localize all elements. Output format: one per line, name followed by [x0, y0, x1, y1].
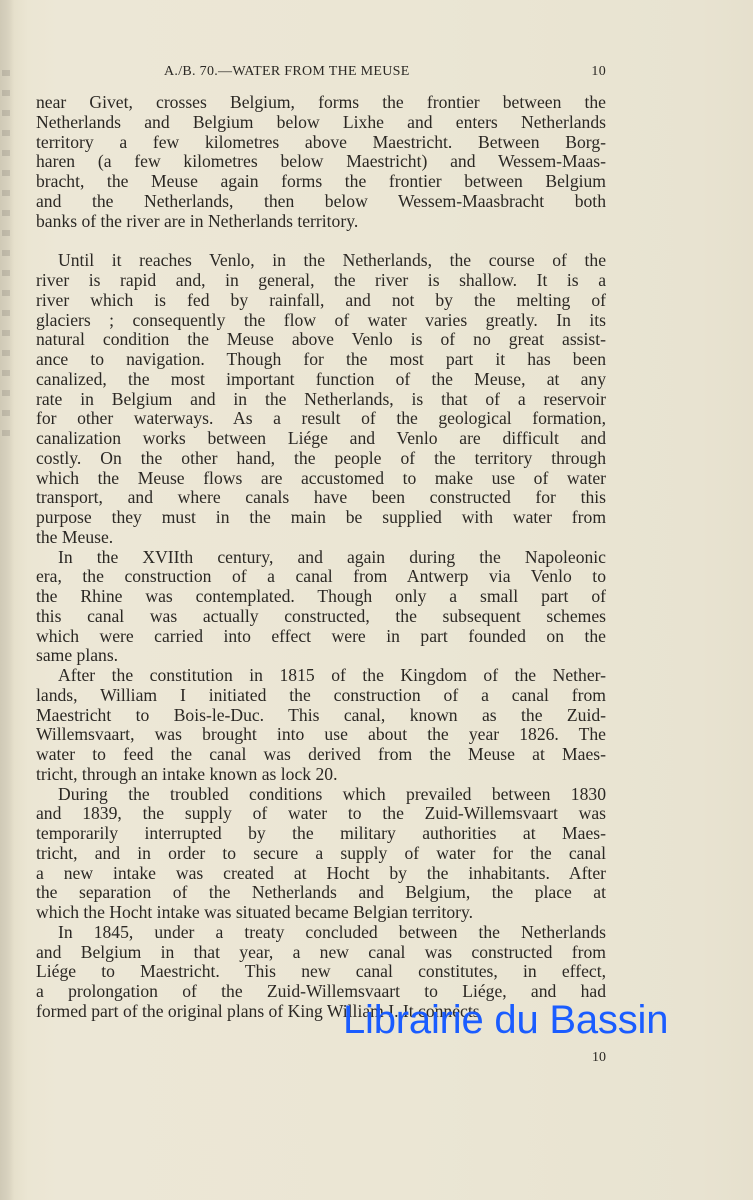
watermark: Librairie du Bassin: [343, 998, 668, 1042]
paragraph-gap: [36, 231, 606, 251]
text-line: canalization works between Liége and Ven…: [36, 429, 606, 449]
paragraph: In the XVIIth century, and again during …: [36, 548, 606, 667]
running-head-title: A./B. 70.—WATER FROM THE MEUSE: [164, 64, 410, 80]
text-line: ance to navigation. Though for the most …: [36, 350, 606, 370]
page-gutter-shadow: [0, 0, 14, 1200]
text-line: which the Meuse flows are accustomed to …: [36, 469, 606, 489]
text-line: and Belgium in that year, a new canal wa…: [36, 943, 606, 963]
text-line: water to feed the canal was derived from…: [36, 745, 606, 765]
text-line: river is rapid and, in general, the rive…: [36, 271, 606, 291]
text-line: temporarily interrupted by the military …: [36, 824, 606, 844]
text-line: river which is fed by rainfall, and not …: [36, 291, 606, 311]
text-line: In 1845, under a treaty concluded betwee…: [36, 923, 606, 943]
text-line: which were carried into effect were in p…: [36, 627, 606, 647]
paragraph: near Givet, crosses Belgium, forms the f…: [36, 93, 606, 231]
text-line: Maestricht to Bois-le-Duc. This canal, k…: [36, 706, 606, 726]
text-line: tricht, through an intake known as lock …: [36, 765, 606, 785]
body-text: near Givet, crosses Belgium, forms the f…: [36, 93, 606, 1022]
text-line: lands, William I initiated the construct…: [36, 686, 606, 706]
text-line: Netherlands and Belgium below Lixhe and …: [36, 113, 606, 133]
paragraph: After the constitution in 1815 of the Ki…: [36, 666, 606, 785]
text-line: Liége to Maestricht. This new canal cons…: [36, 962, 606, 982]
text-line: which the Hocht intake was situated beca…: [36, 903, 606, 923]
text-line: banks of the river are in Netherlands te…: [36, 212, 606, 232]
text-line: tricht, and in order to secure a supply …: [36, 844, 606, 864]
text-line: transport, and where canals have been co…: [36, 488, 606, 508]
text-line: After the constitution in 1815 of the Ki…: [36, 666, 606, 686]
text-line: Until it reaches Venlo, in the Netherlan…: [36, 251, 606, 271]
text-line: canalized, the most important function o…: [36, 370, 606, 390]
text-line: natural condition the Meuse above Venlo …: [36, 330, 606, 350]
text-line: Willemsvaart, was brought into use about…: [36, 725, 606, 745]
text-line: the separation of the Netherlands and Be…: [36, 883, 606, 903]
text-line: glaciers ; consequently the flow of wate…: [36, 311, 606, 331]
text-line: During the troubled conditions which pre…: [36, 785, 606, 805]
text-line: and 1839, the supply of water to the Zui…: [36, 804, 606, 824]
text-line: In the XVIIth century, and again during …: [36, 548, 606, 568]
text-line: purpose they must in the main be supplie…: [36, 508, 606, 528]
text-line: era, the construction of a canal from An…: [36, 567, 606, 587]
text-line: haren (a few kilometres below Maestricht…: [36, 152, 606, 172]
text-line: the Rhine was contemplated. Though only …: [36, 587, 606, 607]
footer-page-number: 10: [592, 1050, 606, 1066]
text-line: the Meuse.: [36, 528, 606, 548]
text-line: this canal was actually constructed, the…: [36, 607, 606, 627]
show-through-marks: [2, 70, 10, 450]
running-head-page-number: 10: [591, 64, 606, 80]
paragraph: During the troubled conditions which pre…: [36, 785, 606, 923]
paragraph: Until it reaches Venlo, in the Netherlan…: [36, 251, 606, 547]
text-line: rate in Belgium and in the Netherlands, …: [36, 390, 606, 410]
text-line: territory a few kilometres above Maestri…: [36, 133, 606, 153]
text-line: costly. On the other hand, the people of…: [36, 449, 606, 469]
text-line: for other waterways. As a result of the …: [36, 409, 606, 429]
text-line: a new intake was created at Hocht by the…: [36, 864, 606, 884]
text-line: same plans.: [36, 646, 606, 666]
running-head: A./B. 70.—WATER FROM THE MEUSE 10: [36, 64, 606, 84]
text-line: and the Netherlands, then below Wessem-M…: [36, 192, 606, 212]
text-line: bracht, the Meuse again forms the fronti…: [36, 172, 606, 192]
text-line: near Givet, crosses Belgium, forms the f…: [36, 93, 606, 113]
